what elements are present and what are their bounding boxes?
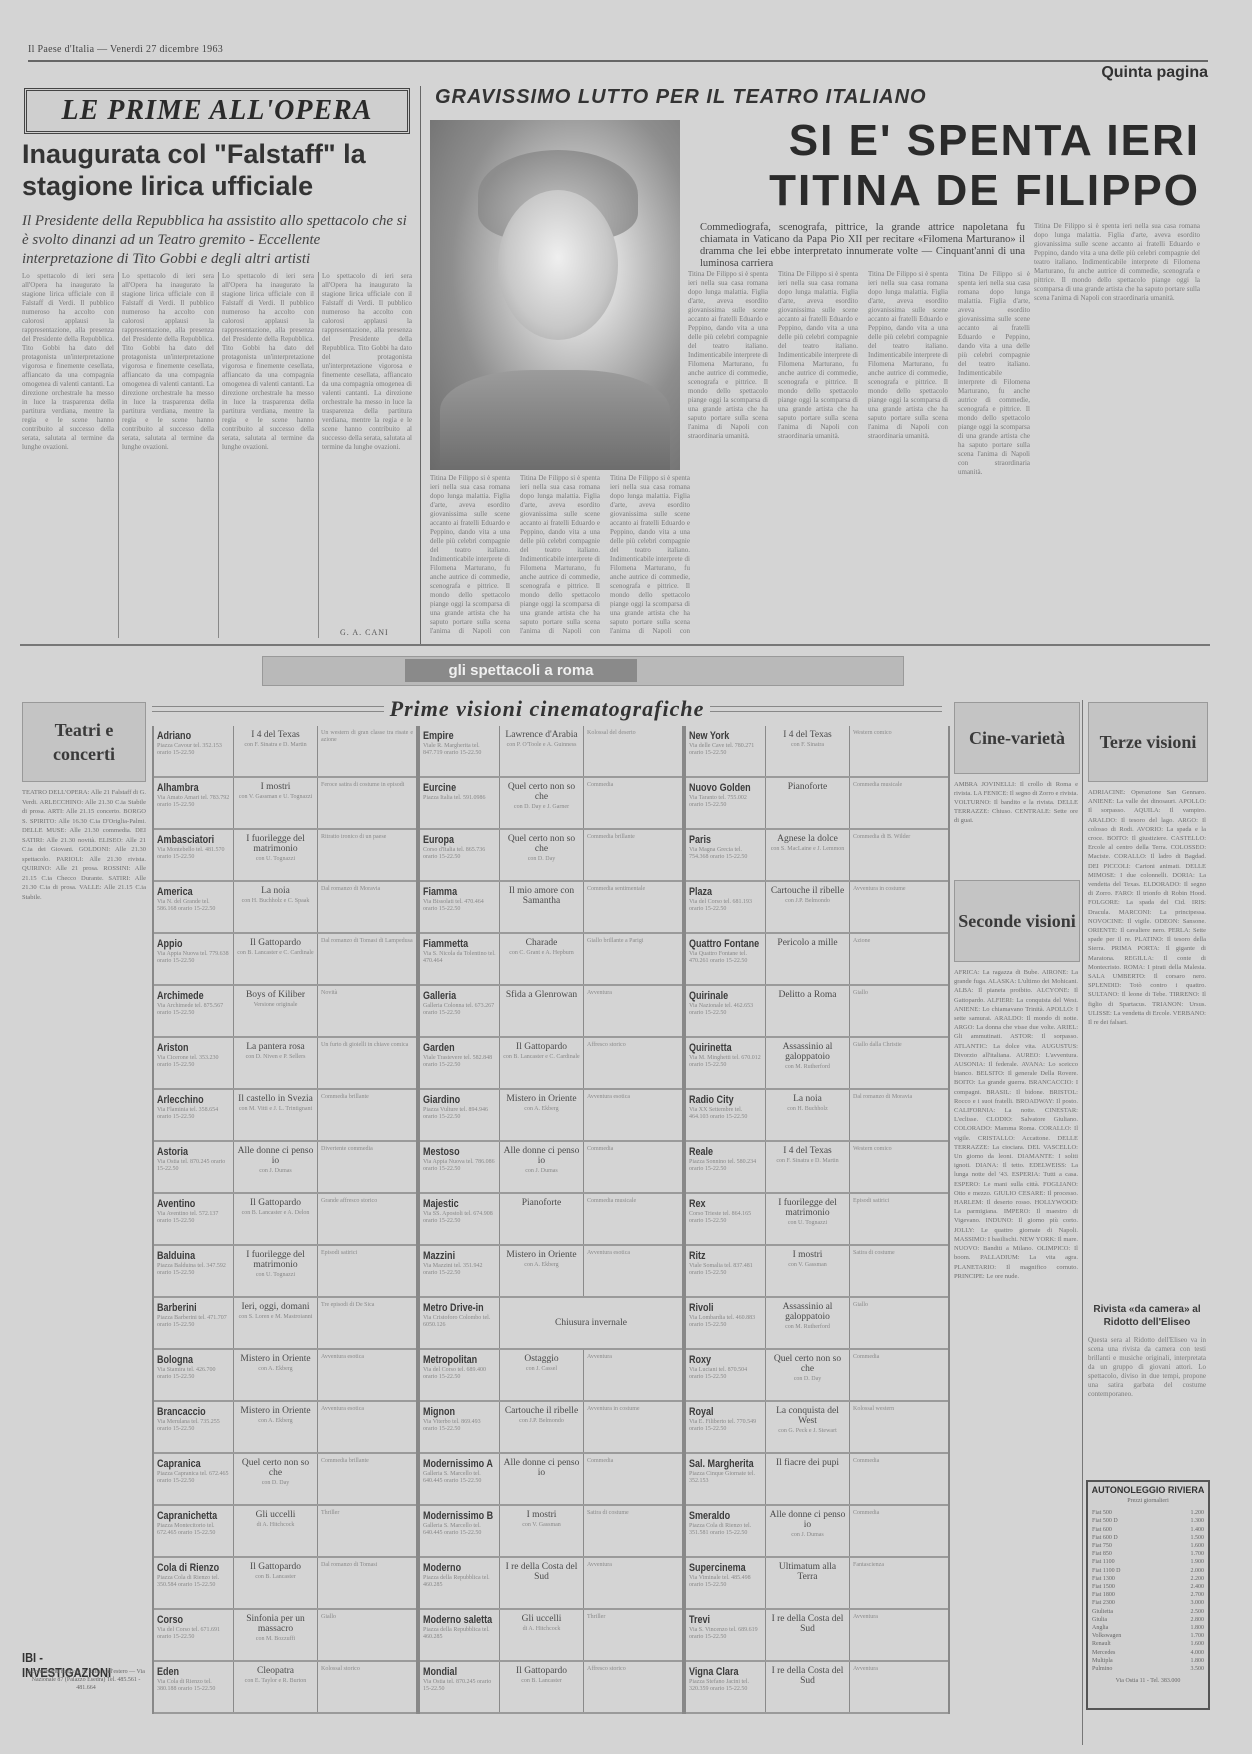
cinema-info: Ariston Via Cicerone tel. 353.230 orario… bbox=[154, 1038, 234, 1088]
film-title: Chiusura invernale bbox=[555, 1318, 627, 1328]
film-cast: con J.P. Belmondo bbox=[769, 898, 846, 905]
film-description: Dal romanzo di Tomasi bbox=[318, 1558, 416, 1608]
opera-subhead: Il Presidente della Repubblica ha assist… bbox=[22, 212, 412, 269]
cinema-name: Appio bbox=[157, 938, 217, 951]
column-rule bbox=[318, 272, 319, 638]
film-description: Commedia brillante bbox=[318, 1090, 416, 1140]
cinema-address: Via Cicerone tel. 353.230 orario 15-22.5… bbox=[157, 1055, 230, 1069]
film-cast: con D. Day bbox=[503, 856, 580, 863]
film-title: Pericolo a mille bbox=[769, 938, 846, 948]
cinema-film: Alle donne ci penso io con J. Dumas bbox=[500, 1142, 584, 1192]
film-title: I 4 del Texas bbox=[237, 730, 314, 740]
titina-body-col-5: Titina De Filippo si è spenta ieri nella… bbox=[778, 270, 858, 635]
film-description: Avventura in costume bbox=[850, 882, 948, 932]
cinema-film: Assassinio al galoppatoio con M. Rutherf… bbox=[766, 1038, 850, 1088]
film-cast: di A. Hitchcock bbox=[237, 1522, 314, 1529]
cinema-info: Cola di Rienzo Piazza Cola di Rienzo tel… bbox=[154, 1558, 234, 1608]
film-description: Commedia bbox=[584, 1142, 682, 1192]
cinema-film: Sinfonia per un massacro con M. Bozzuffi bbox=[234, 1610, 318, 1660]
film-description: Commedia musicale bbox=[850, 778, 948, 828]
cinema-row: Cola di Rienzo Piazza Cola di Rienzo tel… bbox=[154, 1558, 416, 1610]
cinema-film: La conquista del West con G. Peck e J. S… bbox=[766, 1402, 850, 1452]
cinema-row: Adriano Piazza Cavour tel. 352.153 orari… bbox=[154, 726, 416, 778]
cinema-row: Eurcine Piazza Italia tel. 591.0986 Quel… bbox=[420, 778, 682, 830]
car-model: Volkswagen bbox=[1092, 1632, 1121, 1640]
titina-body-col-2: Titina De Filippo si è spenta ieri nella… bbox=[520, 474, 600, 634]
price-list-item: Fiat 750 1.600 bbox=[1092, 1542, 1204, 1550]
price-list-item: Fiat 1100 1.900 bbox=[1092, 1558, 1204, 1566]
film-title: Il Gattopardo bbox=[237, 1562, 314, 1572]
car-price: 1.600 bbox=[1191, 1542, 1205, 1550]
film-title: Ultimatum alla Terra bbox=[769, 1562, 846, 1582]
cinema-address: Piazza Italia tel. 591.0986 bbox=[423, 795, 496, 802]
cinema-address: Via Appia Nuova tel. 779.638 orario 15-2… bbox=[157, 951, 230, 965]
film-title: Ostaggio bbox=[503, 1354, 580, 1364]
cinema-row: Fiamma Via Bissolati tel. 470.464 orario… bbox=[420, 882, 682, 934]
film-title: Alle donne ci penso io bbox=[237, 1146, 314, 1166]
cinema-info: Europa Corso d'Italia tel. 865.736 orari… bbox=[420, 830, 500, 880]
film-description: Affresco storico bbox=[584, 1662, 682, 1712]
film-title: La pantera rosa bbox=[237, 1042, 314, 1052]
film-description: Commedia di B. Wilder bbox=[850, 830, 948, 880]
opera-body-col-4: Lo spettacolo di ieri sera all'Opera ha … bbox=[322, 272, 412, 622]
film-title: I fuorilegge del matrimonio bbox=[769, 1198, 846, 1218]
price-list-item: Fiat 1500 2.400 bbox=[1092, 1583, 1204, 1591]
cinema-address: Via Ostia tel. 870.245 orario 15-22.50 bbox=[157, 1159, 230, 1173]
cinema-film: I 4 del Texas con F. Sinatra e D. Martin bbox=[766, 1142, 850, 1192]
cinema-row: Appio Via Appia Nuova tel. 779.638 orari… bbox=[154, 934, 416, 986]
cinema-name: Ritz bbox=[689, 1250, 749, 1263]
cinema-address: Via Viminale tel. 485.498 orario 15-22.5… bbox=[689, 1575, 762, 1589]
cinema-address: Via del Corso tel. 689.400 orario 15-22.… bbox=[423, 1367, 496, 1381]
cinema-column-2: Empire Viale R. Margherita tel. 847.719 … bbox=[418, 726, 684, 1714]
film-title: Ieri, oggi, domani bbox=[237, 1302, 314, 1312]
cinema-name: Modernissimo B bbox=[423, 1510, 483, 1523]
film-title: Il Gattopardo bbox=[237, 1198, 314, 1208]
film-title: Alle donne ci penso io bbox=[503, 1458, 580, 1478]
car-price: 1.800 bbox=[1191, 1657, 1205, 1665]
cinema-name: Vigna Clara bbox=[689, 1666, 749, 1679]
film-cast: con M. Vitti e J. L. Trintignant bbox=[237, 1106, 314, 1113]
price-list-item: Volkswagen 1.700 bbox=[1092, 1632, 1204, 1640]
car-model: Fiat 1100 D bbox=[1092, 1567, 1120, 1575]
price-list-item: Mercedes 4.000 bbox=[1092, 1649, 1204, 1657]
film-title: Mistero in Oriente bbox=[237, 1354, 314, 1364]
investigazioni-text: Accertamenti riservati in Italia e all'e… bbox=[22, 1668, 150, 1692]
film-title: Delitto a Roma bbox=[769, 990, 846, 1000]
car-model: Fiat 1500 bbox=[1092, 1583, 1115, 1591]
film-title: I mostri bbox=[237, 782, 314, 792]
cinema-row: Supercinema Via Viminale tel. 485.498 or… bbox=[686, 1558, 948, 1610]
cinema-address: Via Cola di Rienzo tel. 380.188 orario 1… bbox=[157, 1679, 230, 1693]
cinema-info: Empire Viale R. Margherita tel. 847.719 … bbox=[420, 726, 500, 776]
cinema-info: Adriano Piazza Cavour tel. 352.153 orari… bbox=[154, 726, 234, 776]
cinema-name: Fiammetta bbox=[423, 938, 483, 951]
seconde-visioni-listings: AFRICA: La ragazza di Bube. AIRONE: La g… bbox=[954, 968, 1078, 1743]
cinema-row: Sal. Margherita Piazza Cinque Giornate t… bbox=[686, 1454, 948, 1506]
cinema-film: I mostri con V. Gassman bbox=[766, 1246, 850, 1296]
cinema-address: Via N. del Grande tel. 586.168 orario 15… bbox=[157, 899, 230, 913]
cinema-address: Via Luciani tel. 870.504 orario 15-22.50 bbox=[689, 1367, 762, 1381]
car-model: Fiat 600 D bbox=[1092, 1534, 1118, 1542]
cinema-name: Trevi bbox=[689, 1614, 749, 1627]
cinema-address: Via Ostia tel. 870.245 orario 15-22.50 bbox=[423, 1679, 496, 1693]
film-title: Sfida a Glenrowan bbox=[503, 990, 580, 1000]
cinema-address: Via M. Minghetti tel. 670.012 orario 15-… bbox=[689, 1055, 762, 1069]
terze-visioni-header: Terze visioni bbox=[1088, 702, 1208, 782]
cinema-name: Empire bbox=[423, 730, 483, 743]
film-description: Dal romanzo di Tomasi di Lampedusa bbox=[318, 934, 416, 984]
cinema-name: Capranica bbox=[157, 1458, 217, 1471]
film-cast: con J. Cassel bbox=[503, 1366, 580, 1373]
cinema-name: Astoria bbox=[157, 1146, 217, 1159]
teatri-header: Teatri e concerti bbox=[22, 702, 146, 782]
cinema-info: Reale Piazza Sonnino tel. 580.234 orario… bbox=[686, 1142, 766, 1192]
heading-rule-right bbox=[710, 706, 942, 712]
film-title: Alle donne ci penso io bbox=[503, 1146, 580, 1166]
film-cast: con G. Peck e J. Stewart bbox=[769, 1428, 846, 1435]
cinema-film: Quel certo non so che con D. Day bbox=[500, 830, 584, 880]
film-cast: con J. Dumas bbox=[503, 1168, 580, 1175]
cinema-name: Alhambra bbox=[157, 782, 217, 795]
cinema-row: Mestoso Via Appia Nuova tel. 786.086 ora… bbox=[420, 1142, 682, 1194]
film-description: Azione bbox=[850, 934, 948, 984]
cinema-name: Fiamma bbox=[423, 886, 483, 899]
cinema-row: Plaza Via del Corso tel. 681.193 orario … bbox=[686, 882, 948, 934]
cinema-info: America Via N. del Grande tel. 586.168 o… bbox=[154, 882, 234, 932]
price-list-item: Anglia 1.800 bbox=[1092, 1624, 1204, 1632]
film-title: Quel certo non so che bbox=[503, 834, 580, 854]
cinema-info: Nuovo Golden Via Taranto tel. 755.002 or… bbox=[686, 778, 766, 828]
cinema-row: Quirinale Via Nazionale tel. 462.653 ora… bbox=[686, 986, 948, 1038]
cinema-film: Il mio amore con Samantha bbox=[500, 882, 584, 932]
cinema-info: Plaza Via del Corso tel. 681.193 orario … bbox=[686, 882, 766, 932]
cinema-name: Metropolitan bbox=[423, 1354, 483, 1367]
film-title: Mistero in Oriente bbox=[237, 1406, 314, 1416]
film-title: Assassinio al galoppatoio bbox=[769, 1042, 846, 1062]
cinema-name: Cola di Rienzo bbox=[157, 1562, 217, 1575]
film-description: Kolossal western bbox=[850, 1402, 948, 1452]
cinema-address: Via Taranto tel. 755.002 orario 15-22.50 bbox=[689, 795, 762, 809]
titina-deck: Commediografa, scenografa, pittrice, la … bbox=[700, 222, 1025, 270]
film-cast: con F. Sinatra e D. Martin bbox=[769, 1158, 846, 1165]
cinema-film: La pantera rosa con D. Niven e P. Seller… bbox=[234, 1038, 318, 1088]
film-description: Commedia musicale bbox=[584, 1194, 682, 1244]
cinema-info: Mignon Via Viterbo tel. 869.493 orario 1… bbox=[420, 1402, 500, 1452]
cinema-address: Piazza Cinque Giornate tel. 352.153 bbox=[689, 1471, 762, 1485]
cinema-film: Il castello in Svezia con M. Vitti e J. … bbox=[234, 1090, 318, 1140]
cinema-address: Piazza Cola di Rienzo tel. 351.581 orari… bbox=[689, 1523, 762, 1537]
cinema-address: Via Stamira tel. 426.700 orario 15-22.50 bbox=[157, 1367, 230, 1381]
film-title: I 4 del Texas bbox=[769, 730, 846, 740]
film-title: Alle donne ci penso io bbox=[769, 1510, 846, 1530]
cinema-name: Eurcine bbox=[423, 782, 483, 795]
film-description: Avventura in costume bbox=[584, 1402, 682, 1452]
film-title: Cartouche il ribelle bbox=[503, 1406, 580, 1416]
cinema-row: Bologna Via Stamira tel. 426.700 orario … bbox=[154, 1350, 416, 1402]
cinema-address: Via XX Settembre tel. 464.103 orario 15-… bbox=[689, 1107, 762, 1121]
film-description: Thriller bbox=[318, 1506, 416, 1556]
film-description: Commedia brillante bbox=[584, 830, 682, 880]
cinema-info: Capranichetta Piazza Montecitorio tel. 6… bbox=[154, 1506, 234, 1556]
cinema-row: Mondial Via Ostia tel. 870.245 orario 15… bbox=[420, 1662, 682, 1714]
film-description: Commedia bbox=[584, 778, 682, 828]
cinema-film: Gli uccelli di A. Hitchcock bbox=[234, 1506, 318, 1556]
cinema-row: Smeraldo Piazza Cola di Rienzo tel. 351.… bbox=[686, 1506, 948, 1558]
rivista-title: Rivista «da camera» al Ridotto dell'Elis… bbox=[1088, 1303, 1206, 1329]
cinema-info: Rex Corso Trieste tel. 864.165 orario 15… bbox=[686, 1194, 766, 1244]
opera-body-col-3: Lo spettacolo di ieri sera all'Opera ha … bbox=[222, 272, 314, 638]
cinema-info: Mazzini Via Mazzini tel. 351.942 orario … bbox=[420, 1246, 500, 1296]
cinema-name: Moderno bbox=[423, 1562, 483, 1575]
cinema-name: Barberini bbox=[157, 1302, 217, 1315]
film-cast: con D. Niven e P. Sellers bbox=[237, 1054, 314, 1061]
cinema-address: Via E. Filiberto tel. 770.549 orario 15-… bbox=[689, 1419, 762, 1433]
cinema-film: Assassinio al galoppatoio con M. Rutherf… bbox=[766, 1298, 850, 1348]
film-title: I re della Costa del Sud bbox=[769, 1614, 846, 1634]
cinema-name: Ariston bbox=[157, 1042, 217, 1055]
film-title: Assassinio al galoppatoio bbox=[769, 1302, 846, 1322]
film-title: Quel certo non so che bbox=[503, 782, 580, 802]
price-list-item: Fiat 600 1.400 bbox=[1092, 1526, 1204, 1534]
cinema-film: Mistero in Oriente con A. Ekberg bbox=[234, 1402, 318, 1452]
cinema-info: Quattro Fontane Via Quattro Fontane tel.… bbox=[686, 934, 766, 984]
cinema-row: Moderno Piazza della Repubblica tel. 460… bbox=[420, 1558, 682, 1610]
film-description: Giallo dalla Christie bbox=[850, 1038, 948, 1088]
car-model: Fiat 850 bbox=[1092, 1550, 1112, 1558]
cinema-row: Europa Corso d'Italia tel. 865.736 orari… bbox=[420, 830, 682, 882]
cinema-name: Archimede bbox=[157, 990, 217, 1003]
car-price: 3.000 bbox=[1191, 1599, 1205, 1607]
prime-visioni-title: Prime visioni cinematografiche bbox=[384, 696, 711, 722]
cinema-row: Quattro Fontane Via Quattro Fontane tel.… bbox=[686, 934, 948, 986]
cinema-address: Galleria S. Marcello tel. 640.445 orario… bbox=[423, 1523, 496, 1537]
cinema-address: Via Bissolati tel. 470.464 orario 15-22.… bbox=[423, 899, 496, 913]
opera-section-title: LE PRIME ALL'OPERA bbox=[61, 95, 372, 127]
film-title: Il Gattopardo bbox=[503, 1042, 580, 1052]
cinema-name: Smeraldo bbox=[689, 1510, 749, 1523]
film-cast: con A. Ekberg bbox=[237, 1418, 314, 1425]
prime-visioni-heading: Prime visioni cinematografiche bbox=[152, 694, 942, 724]
cinema-info: Radio City Via XX Settembre tel. 464.103… bbox=[686, 1090, 766, 1140]
film-description: Novità bbox=[318, 986, 416, 1036]
cinema-row: Metro Drive-in Via Cristoforo Colombo te… bbox=[420, 1298, 682, 1350]
cinema-row: Modernissimo B Galleria S. Marcello tel.… bbox=[420, 1506, 682, 1558]
cinema-row: Brancaccio Via Merulana tel. 735.255 ora… bbox=[154, 1402, 416, 1454]
cinema-name: Sal. Margherita bbox=[689, 1458, 749, 1471]
film-description: Avventura bbox=[584, 986, 682, 1036]
cinema-film: I mostri con V. Gassman e U. Tognazzi bbox=[234, 778, 318, 828]
cinema-address: Via Aventino tel. 572.137 orario 15-22.5… bbox=[157, 1211, 230, 1225]
titina-body-col-7: Titina De Filippo si è spenta ieri nella… bbox=[958, 270, 1030, 635]
film-title: Mistero in Oriente bbox=[503, 1250, 580, 1260]
titina-body-col-right: Titina De Filippo si è spenta ieri nella… bbox=[1034, 222, 1200, 632]
cinema-address: Via Cristoforo Colombo tel. 6050.126 bbox=[423, 1315, 496, 1329]
cinema-film: I fuorilegge del matrimonio con U. Togna… bbox=[234, 830, 318, 880]
film-description: Commedia sentimentale bbox=[584, 882, 682, 932]
cinema-film: Mistero in Oriente con A. Ekberg bbox=[500, 1090, 584, 1140]
film-description: Feroce satira di costume in episodi bbox=[318, 778, 416, 828]
cinema-row: Rex Corso Trieste tel. 864.165 orario 15… bbox=[686, 1194, 948, 1246]
titina-photo bbox=[430, 120, 680, 470]
film-cast: con M. Rutherford bbox=[769, 1064, 846, 1071]
car-price: 2.800 bbox=[1191, 1616, 1205, 1624]
film-cast: Versione originale bbox=[237, 1002, 314, 1009]
cinema-row: Balduina Piazza Balduina tel. 347.592 or… bbox=[154, 1246, 416, 1298]
cinema-address: Via Mazzini tel. 351.942 orario 15-22.50 bbox=[423, 1263, 496, 1277]
cinema-name: Plaza bbox=[689, 886, 749, 899]
cinema-info: Balduina Piazza Balduina tel. 347.592 or… bbox=[154, 1246, 234, 1296]
film-cast: con S. MacLaine e J. Lemmon bbox=[769, 846, 846, 853]
cinema-film: Il Gattopardo con B. Lancaster bbox=[500, 1662, 584, 1712]
price-list-item: Fiat 600 D 1.500 bbox=[1092, 1534, 1204, 1542]
cinema-name: Galleria bbox=[423, 990, 483, 1003]
cinema-name: Garden bbox=[423, 1042, 483, 1055]
masthead: Il Paese d'Italia — Venerdì 27 dicembre … bbox=[28, 44, 223, 55]
cinema-film: Alle donne ci penso io con J. Dumas bbox=[234, 1142, 318, 1192]
film-cast: con F. Sinatra e D. Martin bbox=[237, 742, 314, 749]
cinema-name: Ambasciatori bbox=[157, 834, 217, 847]
film-description: Avventura esotica bbox=[318, 1350, 416, 1400]
cinema-info: Aventino Via Aventino tel. 572.137 orari… bbox=[154, 1194, 234, 1244]
cinema-film: Il Gattopardo con B. Lancaster e C. Card… bbox=[500, 1038, 584, 1088]
film-title: I 4 del Texas bbox=[769, 1146, 846, 1156]
car-model: Fiat 2300 bbox=[1092, 1599, 1115, 1607]
film-title: Il fiacre dei pupi bbox=[769, 1458, 846, 1468]
cinema-row: Roxy Via Luciani tel. 870.504 orario 15-… bbox=[686, 1350, 948, 1402]
cinema-address: Piazza Montecitorio tel. 672.465 orario … bbox=[157, 1523, 230, 1537]
cinema-address: Corso Trieste tel. 864.165 orario 15-22.… bbox=[689, 1211, 762, 1225]
car-model: Fiat 1800 bbox=[1092, 1591, 1115, 1599]
cinema-address: Piazza della Repubblica tel. 460.285 bbox=[423, 1575, 496, 1589]
cinema-name: Arlecchino bbox=[157, 1094, 217, 1107]
price-list-item: Pulmino 3.500 bbox=[1092, 1665, 1204, 1673]
cinema-address: Via Appia Nuova tel. 786.086 orario 15-2… bbox=[423, 1159, 496, 1173]
cinema-row: Mignon Via Viterbo tel. 869.493 orario 1… bbox=[420, 1402, 682, 1454]
titina-body-col-3: Titina De Filippo si è spenta ieri nella… bbox=[610, 474, 690, 634]
cinema-info: Paris Via Magna Grecia tel. 754.368 orar… bbox=[686, 830, 766, 880]
price-list-item: Fiat 2300 3.000 bbox=[1092, 1599, 1204, 1607]
film-title: Gli uccelli bbox=[503, 1614, 580, 1624]
cinema-info: Garden Viale Trastevere tel. 582.848 ora… bbox=[420, 1038, 500, 1088]
cinema-address: Via Quattro Fontane tel. 470.261 orario … bbox=[689, 951, 762, 965]
car-price: 1.900 bbox=[1191, 1558, 1205, 1566]
film-title: Il mio amore con Samantha bbox=[503, 886, 580, 906]
cinema-row: Nuovo Golden Via Taranto tel. 755.002 or… bbox=[686, 778, 948, 830]
cinema-name: Aventino bbox=[157, 1198, 217, 1211]
cinema-film: La noia con H. Buchholz bbox=[766, 1090, 850, 1140]
film-description: Episodi satirici bbox=[318, 1246, 416, 1296]
cinema-film: Pericolo a mille bbox=[766, 934, 850, 984]
column-rule bbox=[118, 272, 119, 638]
film-title: I fuorilegge del matrimonio bbox=[237, 1250, 314, 1270]
cinema-row: Mazzini Via Mazzini tel. 351.942 orario … bbox=[420, 1246, 682, 1298]
price-list-item: Multipla 1.800 bbox=[1092, 1657, 1204, 1665]
film-cast: con V. Gassman bbox=[769, 1262, 846, 1269]
autonoleggio-ad: AUTONOLEGGIO RIVIERA Prezzi giornalieri … bbox=[1086, 1480, 1210, 1710]
car-model: Mercedes bbox=[1092, 1649, 1115, 1657]
cinema-info: Archimede Via Archimede tel. 875.567 ora… bbox=[154, 986, 234, 1036]
cinema-name: Quirinale bbox=[689, 990, 749, 1003]
cinema-info: Giardino Piazza Vulture tel. 894.946 ora… bbox=[420, 1090, 500, 1140]
cinema-info: Rivoli Via Lombardia tel. 460.883 orario… bbox=[686, 1298, 766, 1348]
film-title: I re della Costa del Sud bbox=[769, 1666, 846, 1686]
cinema-address: Corso d'Italia tel. 865.736 orario 15-22… bbox=[423, 847, 496, 861]
cinema-info: Fiammetta Via S. Nicola da Tolentino tel… bbox=[420, 934, 500, 984]
film-title: Quel certo non so che bbox=[237, 1458, 314, 1478]
price-list-item: Giulia 2.800 bbox=[1092, 1616, 1204, 1624]
film-description: Giallo bbox=[850, 986, 948, 1036]
car-model: Fiat 1300 bbox=[1092, 1575, 1115, 1583]
film-description: Avventura esotica bbox=[584, 1090, 682, 1140]
cinema-info: Metro Drive-in Via Cristoforo Colombo te… bbox=[420, 1298, 500, 1348]
opera-body-col-1: Lo spettacolo di ieri sera all'Opera ha … bbox=[22, 272, 114, 638]
film-title: La noia bbox=[237, 886, 314, 896]
cinema-name: Mondial bbox=[423, 1666, 483, 1679]
film-cast: con C. Grant e A. Hepburn bbox=[503, 950, 580, 957]
autonoleggio-title: AUTONOLEGGIO RIVIERA bbox=[1088, 1485, 1208, 1495]
cinema-info: Bologna Via Stamira tel. 426.700 orario … bbox=[154, 1350, 234, 1400]
cinema-column-3: New York Via delle Cave tel. 780.271 ora… bbox=[684, 726, 950, 1714]
cinema-name: Mazzini bbox=[423, 1250, 483, 1263]
titina-headline-line-1: SI E' SPENTA IERI bbox=[700, 116, 1200, 166]
cinema-name: Brancaccio bbox=[157, 1406, 217, 1419]
cinema-name: Balduina bbox=[157, 1250, 217, 1263]
cinema-info: Smeraldo Piazza Cola di Rienzo tel. 351.… bbox=[686, 1506, 766, 1556]
cinema-info: Eden Via Cola di Rienzo tel. 380.188 ora… bbox=[154, 1662, 234, 1712]
cinema-film: Lawrence d'Arabia con P. O'Toole e A. Gu… bbox=[500, 726, 584, 776]
car-price: 1.700 bbox=[1191, 1550, 1205, 1558]
cinema-address: Via Flaminia tel. 358.654 orario 15-22.5… bbox=[157, 1107, 230, 1121]
cinema-info: Modernissimo B Galleria S. Marcello tel.… bbox=[420, 1506, 500, 1556]
column-rule bbox=[218, 272, 219, 638]
film-cast: con U. Tognazzi bbox=[237, 856, 314, 863]
cinema-address: Piazza Vulture tel. 894.946 orario 15-22… bbox=[423, 1107, 496, 1121]
film-description: Satira di costume bbox=[850, 1246, 948, 1296]
cinema-info: Alhambra Via Amato Amari tel. 783.792 or… bbox=[154, 778, 234, 828]
cine-varieta-listings: AMBRA JOVINELLI: Il crollo di Roma e riv… bbox=[954, 780, 1078, 860]
cinema-address: Piazza Cavour tel. 352.153 orario 15-22.… bbox=[157, 743, 230, 757]
section-rule bbox=[20, 644, 1210, 646]
film-description: Un western di gran classe tra risate e a… bbox=[318, 726, 416, 776]
cinema-address: Via del Corso tel. 671.691 orario 15-22.… bbox=[157, 1627, 230, 1641]
cinema-address: Via Merulana tel. 735.255 orario 15-22.5… bbox=[157, 1419, 230, 1433]
cinema-film: Agnese la dolce con S. MacLaine e J. Lem… bbox=[766, 830, 850, 880]
cinema-row: Capranica Piazza Capranica tel. 672.465 … bbox=[154, 1454, 416, 1506]
cinema-name: Quattro Fontane bbox=[689, 938, 749, 951]
film-cast: con D. Day e J. Garner bbox=[503, 804, 580, 811]
titina-body-col-4: Titina De Filippo si è spenta ieri nella… bbox=[688, 270, 768, 635]
film-title: Cleopatra bbox=[237, 1666, 314, 1676]
car-model: Pulmino bbox=[1092, 1665, 1112, 1673]
price-list-item: Fiat 500 1.200 bbox=[1092, 1509, 1204, 1517]
cinema-film: Gli uccelli di A. Hitchcock bbox=[500, 1610, 584, 1660]
cinema-address: Viale Trastevere tel. 582.848 orario 15-… bbox=[423, 1055, 496, 1069]
film-title: Pianoforte bbox=[769, 782, 846, 792]
car-price: 3.500 bbox=[1191, 1665, 1205, 1673]
film-cast: con J. Dumas bbox=[237, 1168, 314, 1175]
film-cast: con E. Taylor e R. Burton bbox=[237, 1678, 314, 1685]
cinema-name: Rex bbox=[689, 1198, 749, 1211]
cinema-row: Arlecchino Via Flaminia tel. 358.654 ora… bbox=[154, 1090, 416, 1142]
cinema-name: Corso bbox=[157, 1614, 217, 1627]
cinema-row: Eden Via Cola di Rienzo tel. 380.188 ora… bbox=[154, 1662, 416, 1714]
cinema-film: Alle donne ci penso io bbox=[500, 1454, 584, 1504]
cinema-info: Mestoso Via Appia Nuova tel. 786.086 ora… bbox=[420, 1142, 500, 1192]
cinema-name: Modernissimo A bbox=[423, 1458, 483, 1471]
cinema-row: Ariston Via Cicerone tel. 353.230 orario… bbox=[154, 1038, 416, 1090]
cinema-film: Quel certo non so che con D. Day bbox=[766, 1350, 850, 1400]
